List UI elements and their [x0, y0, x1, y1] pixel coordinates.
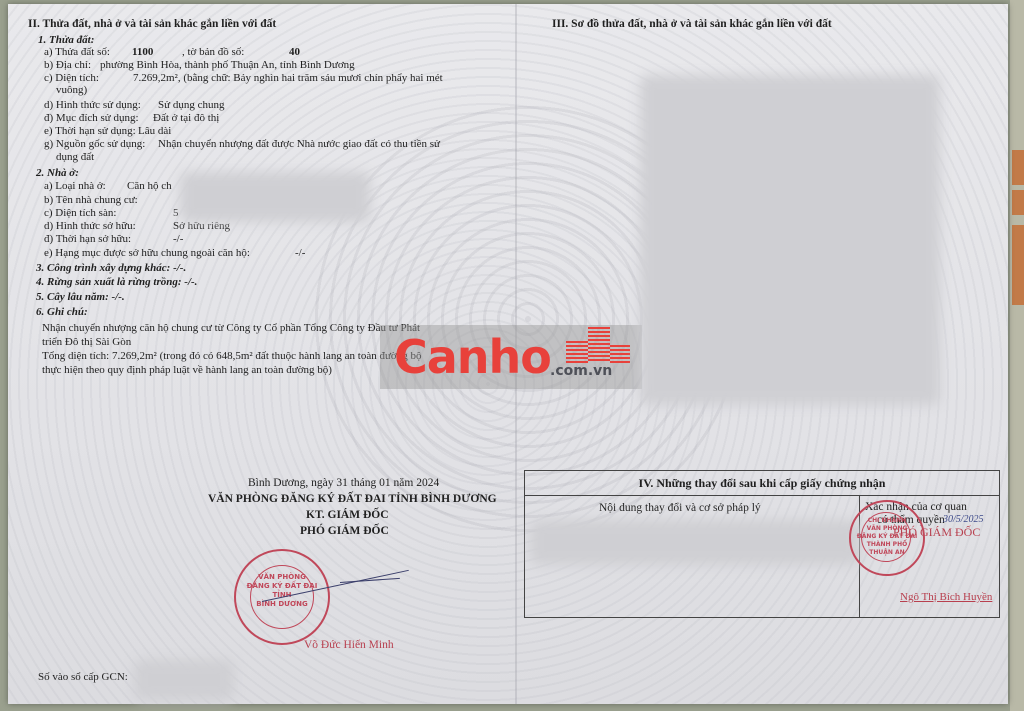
background-edge — [1010, 0, 1024, 711]
land-origin: Nhận chuyển nhượng đất được Nhà nước gia… — [158, 138, 440, 151]
house-c-label: c) Diện tích sàn: — [44, 207, 116, 220]
land-map-number: 40 — [289, 46, 300, 59]
issuing-office: VĂN PHÒNG ĐĂNG KÝ ĐẤT ĐAI TỈNH BÌNH DƯƠN… — [208, 493, 497, 506]
canho-watermark: Canho .com.vn — [380, 325, 642, 389]
kt-director: KT. GIÁM ĐỐC — [306, 509, 389, 522]
building-icon — [588, 327, 610, 363]
land-b-label: b) Địa chỉ: — [44, 59, 91, 72]
land-a-label: a) Thửa đất số: — [44, 46, 110, 59]
building-icon — [610, 345, 630, 363]
house-a-label: a) Loại nhà ở: — [44, 180, 106, 193]
note-line: Tổng diện tích: 7.269,2m² (trong đó có 6… — [42, 350, 421, 363]
land-use-purpose: Đất ở tại đô thị — [153, 112, 219, 125]
perennial-trees: 5. Cây lâu năm: -/-. — [36, 291, 125, 304]
changes-title: IV. Những thay đổi sau khi cấp giấy chứn… — [525, 471, 999, 496]
note-line: Nhận chuyển nhượng căn hộ chung cư từ Cô… — [42, 322, 420, 335]
official-seal-right: CHI NHÁNH VĂN PHÒNG ĐĂNG KÝ ĐẤT ĐAI THÀN… — [849, 500, 925, 576]
land-map-label: , tờ bản đồ số: — [182, 46, 244, 59]
note-line: thực hiện theo quy định pháp luật về hàn… — [42, 364, 332, 377]
redacted-plot-diagram — [640, 75, 940, 405]
land-origin-cont: dụng đất — [56, 151, 94, 164]
signer-name-right: Ngô Thị Bích Huyền — [900, 591, 992, 604]
land-area: 7.269,2m², (bằng chữ: Bảy nghìn hai trăm… — [133, 72, 443, 85]
house-floor-area: 5 — [173, 207, 179, 220]
house-e-label: e) Hạng mục được sở hữu chung ngoài căn … — [44, 247, 250, 260]
note-line: triển Đô thị Sài Gòn — [42, 336, 131, 349]
redacted-house-info — [180, 172, 370, 222]
signing-date: Bình Dương, ngày 31 tháng 01 năm 2024 — [248, 477, 439, 490]
land-use-term: Lâu dài — [138, 125, 171, 138]
land-parcel-number: 1100 — [132, 46, 153, 59]
house-common-items: -/- — [295, 247, 305, 260]
changes-col-content: Nội dung thay đổi và cơ sở pháp lý — [599, 502, 761, 515]
land-address: phường Bình Hòa, thành phố Thuận An, tỉn… — [100, 59, 355, 72]
other-construction: 3. Công trình xây dựng khác: -/-. — [36, 262, 186, 275]
land-d-label: d) Hình thức sử dụng: — [44, 99, 141, 112]
land-use-form: Sử dụng chung — [158, 99, 224, 112]
land-g-label: g) Nguồn gốc sử dụng: — [44, 138, 145, 151]
watermark-domain: .com.vn — [550, 363, 612, 379]
section-iii-title: III. Sơ đồ thửa đất, nhà ở và tài sản kh… — [552, 18, 832, 31]
watermark-brand: Canho — [394, 329, 551, 385]
register-number-label: Số vào sổ cấp GCN: — [38, 671, 128, 684]
production-forest: 4. Rừng sản xuất là rừng trồng: -/-. — [36, 276, 197, 289]
redacted-change-content — [530, 520, 860, 565]
house-type: Căn hộ ch — [127, 180, 172, 193]
house-d-label: d) Hình thức sở hữu: — [44, 220, 136, 233]
land-dd-label: đ) Mục đích sử dụng: — [44, 112, 139, 125]
land-e-label: e) Thời hạn sử dụng: — [44, 125, 136, 138]
notes-heading: 6. Ghi chú: — [36, 306, 88, 319]
section-ii-title: II. Thửa đất, nhà ở và tài sản khác gắn … — [28, 18, 276, 31]
land-area-cont: vuông) — [56, 84, 87, 97]
house-dd-label: đ) Thời hạn sở hữu: — [44, 233, 131, 246]
house-ownership-term: -/- — [173, 233, 183, 246]
house-b-label: b) Tên nhà chung cư: — [44, 194, 138, 207]
signer-name-left: Võ Đức Hiến Minh — [304, 639, 394, 652]
deputy-director-title: PHÓ GIÁM ĐỐC — [300, 525, 389, 538]
redacted-register-number — [134, 660, 234, 700]
house-heading: 2. Nhà ở: — [36, 167, 79, 180]
building-icon — [566, 341, 588, 363]
